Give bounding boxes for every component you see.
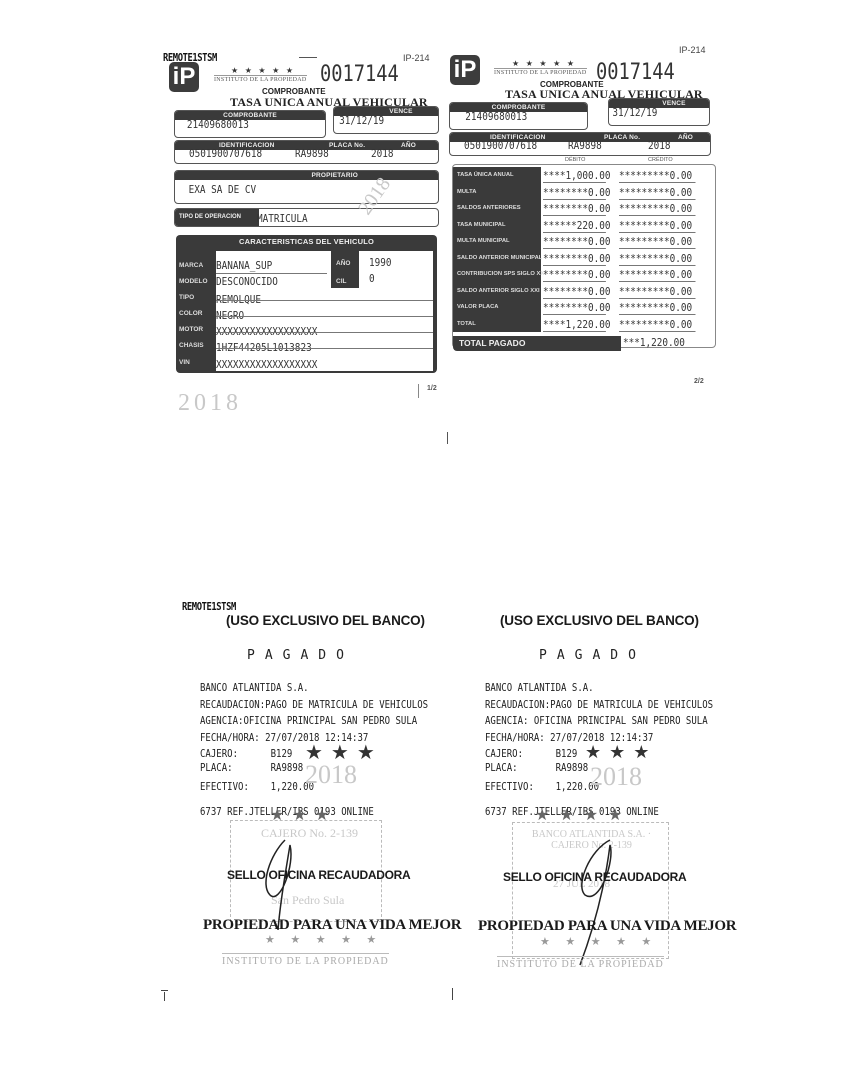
- comprobante-value: 21409680013: [175, 118, 303, 131]
- propietario-field: PROPIETARIO EXA SA DE CV: [174, 170, 439, 204]
- header-code: REMOTE1STSM: [182, 600, 236, 613]
- watermark-year: 2018: [590, 762, 642, 792]
- financial-row: MULTA MUNICIPAL********0.00*********0.00: [453, 233, 715, 250]
- ano-label: AÑO: [336, 258, 350, 270]
- institution-footer: INSTITUTO DE LA PROPIEDAD: [497, 956, 664, 970]
- financial-row: SALDO ANTERIOR MUNICIPAL********0.00****…: [453, 250, 715, 267]
- identificacion-field: IDENTIFICACION PLACA No. AÑO 05019007076…: [449, 132, 711, 156]
- institution-name: INSTITUTO DE LA PROPIEDAD: [214, 75, 307, 83]
- financial-row: TOTAL****1,220.00*********0.00: [453, 316, 715, 333]
- marca-label: MARCA: [176, 258, 215, 273]
- anio-label: AÑO: [401, 141, 416, 150]
- identificacion-value: 0501900707618: [464, 139, 537, 152]
- vin-label: VIN: [176, 355, 215, 370]
- total-pagado-value: ***1,220.00: [623, 336, 685, 349]
- folio-number: 0017144: [596, 60, 675, 85]
- financial-row-label: TOTAL: [453, 316, 541, 333]
- modelo-label: MODELO: [176, 274, 215, 289]
- financial-row: CONTRIBUCION SPS SIGLO XXI********0.00**…: [453, 266, 715, 283]
- agencia: AGENCIA:OFICINA PRINCIPAL SAN PEDRO SULA: [200, 713, 428, 730]
- tipo-operacion-field: TIPO DE OPERACION MATRICULA: [174, 208, 439, 227]
- debito-value: ********0.00: [543, 268, 606, 282]
- stars-icon: ★★★: [585, 742, 657, 763]
- credito-value: *********0.00: [619, 252, 696, 266]
- page-number-left: 1/2: [427, 385, 437, 392]
- comprobante-value: 21409680013: [450, 110, 566, 123]
- anio-value: 2018: [371, 147, 394, 160]
- identificacion-field: IDENTIFICACION PLACA No. AÑO 05019007076…: [174, 140, 439, 164]
- financial-row-label: MULTA: [453, 184, 541, 201]
- credito-value: *********0.00: [619, 301, 696, 315]
- debito-value: ********0.00: [543, 252, 606, 266]
- sello-label: SELLO OFICINA RECAUDADORA: [227, 868, 410, 882]
- watermark-year: 2018: [305, 760, 357, 790]
- bank-name: BANCO ATLANTIDA S.A.: [200, 680, 428, 697]
- vehicle-section-title: CARACTERISTICAS DEL VEHICULO: [176, 235, 437, 249]
- credito-value: *********0.00: [619, 268, 696, 282]
- folio-number: 0017144: [320, 62, 399, 87]
- payment-status: PAGADO: [539, 648, 646, 663]
- institution-logo-icon: iP: [450, 55, 480, 85]
- debito-value: ********0.00: [543, 235, 606, 249]
- financial-row-label: SALDO ANTERIOR MUNICIPAL: [453, 250, 541, 267]
- marca-value: BANANA_SUP: [216, 259, 272, 272]
- divider: [299, 57, 317, 58]
- modelo-value: DESCONOCIDO: [216, 275, 278, 288]
- cil-label: CIL: [336, 276, 346, 288]
- anio-value: 2018: [648, 139, 671, 152]
- anio-label: AÑO: [678, 133, 693, 142]
- agencia: AGENCIA: OFICINA PRINCIPAL SAN PEDRO SUL…: [485, 713, 713, 730]
- rule: [216, 300, 433, 301]
- mark: [164, 992, 165, 1001]
- watermark-year: 2018: [178, 390, 242, 417]
- financial-row-label: TASA MUNICIPAL: [453, 217, 541, 234]
- stars-icon: ★ ★ ★ ★ ★: [265, 933, 382, 946]
- slogan: PROPIEDAD PARA UNA VIDA MEJOR: [203, 917, 461, 934]
- financial-table: TASA ÚNICA ANUAL****1,000.00*********0.0…: [452, 164, 716, 348]
- vehicle-row-marca: MARCA BANANA_SUP AÑO 1990: [176, 258, 437, 273]
- financial-row: SALDOS ANTERIORES********0.00*********0.…: [453, 200, 715, 217]
- stars-icon: ★ ★ ★ ★ ★: [512, 59, 576, 68]
- comprobante-field: COMPROBANTE 21409680013: [449, 102, 588, 130]
- recaudacion: RECAUDACION:PAGO DE MATRICULA DE VEHICUL…: [485, 697, 713, 714]
- credito-value: *********0.00: [619, 318, 696, 332]
- propietario-label: PROPIETARIO: [175, 171, 438, 180]
- financial-row: TASA ÚNICA ANUAL****1,000.00*********0.0…: [453, 167, 715, 184]
- cil-value: 0: [369, 272, 375, 285]
- signature-icon: [560, 835, 630, 970]
- comprobante-field: COMPROBANTE 21409680013: [174, 110, 326, 138]
- placa-value: RA9898: [568, 139, 602, 152]
- form-code: IP-214: [679, 45, 706, 55]
- recaudacion: RECAUDACION:PAGO DE MATRICULA DE VEHICUL…: [200, 697, 428, 714]
- institution-footer: INSTITUTO DE LA PROPIEDAD: [222, 953, 389, 967]
- stars-icon: ★ ★ ★ ★ ★: [231, 66, 295, 75]
- credito-value: *********0.00: [619, 219, 696, 233]
- vence-value: 31/12/19: [334, 114, 422, 127]
- mark: [452, 988, 453, 1000]
- ano-value: 1990: [369, 256, 392, 269]
- vehicle-row-color: COLOR NEGRO: [176, 306, 437, 321]
- credito-label: CRÉDITO: [648, 157, 673, 163]
- vehicle-row-vin: VIN XXXXXXXXXXXXXXXXXX: [176, 355, 437, 370]
- financial-row-label: VALOR PLACA: [453, 299, 541, 316]
- rule: [216, 348, 433, 349]
- total-pagado-label: TOTAL PAGADO: [459, 338, 525, 348]
- credito-value: *********0.00: [619, 186, 696, 200]
- vence-field: VENCE 31/12/19: [333, 106, 439, 134]
- motor-label: MOTOR: [176, 322, 215, 337]
- stars-icon: ★ ★ ★ ★ ★: [540, 935, 657, 948]
- bank-heading: (USO EXCLUSIVO DEL BANCO): [226, 613, 425, 628]
- bank-name: BANCO ATLANTIDA S.A.: [485, 680, 713, 697]
- color-label: COLOR: [176, 306, 215, 321]
- debito-value: ********0.00: [543, 202, 606, 216]
- financial-row-label: SALDO ANTERIOR SIGLO XXI: [453, 283, 541, 300]
- form-code: IP-214: [403, 53, 430, 63]
- debito-value: ****1,000.00: [543, 169, 606, 183]
- vehicle-row-tipo: TIPO REMOLQUE: [176, 290, 437, 305]
- vehicle-row-motor: MOTOR XXXXXXXXXXXXXXXXXX: [176, 322, 437, 337]
- institution-name: INSTITUTO DE LA PROPIEDAD: [494, 68, 587, 76]
- institution-logo-icon: iP: [169, 62, 199, 92]
- vehicle-section: CARACTERISTICAS DEL VEHICULO MARCA BANAN…: [176, 235, 437, 373]
- placa-value: RA9898: [295, 147, 329, 160]
- mark: [418, 384, 419, 398]
- credito-value: *********0.00: [619, 169, 696, 183]
- financial-row-label: SALDOS ANTERIORES: [453, 200, 541, 217]
- bank-heading: (USO EXCLUSIVO DEL BANCO): [500, 613, 699, 628]
- credito-value: *********0.00: [619, 285, 696, 299]
- tipo-label: TIPO: [176, 290, 215, 305]
- debito-value: ********0.00: [543, 301, 606, 315]
- debito-value: ********0.00: [543, 285, 606, 299]
- financial-row-label: CONTRIBUCION SPS SIGLO XXI: [453, 266, 541, 283]
- mark: [161, 990, 168, 991]
- vence-field: VENCE 31/12/19: [608, 98, 710, 126]
- mark: [447, 432, 448, 444]
- credito-value: *********0.00: [619, 202, 696, 216]
- vin-value: XXXXXXXXXXXXXXXXXX: [216, 358, 317, 371]
- slogan: PROPIEDAD PARA UNA VIDA MEJOR: [478, 918, 736, 935]
- financial-row: MULTA********0.00*********0.00: [453, 184, 715, 201]
- debito-label: DÉBITO: [565, 157, 585, 163]
- financial-row-label: MULTA MUNICIPAL: [453, 233, 541, 250]
- tipo-operacion-label: TIPO DE OPERACION: [175, 209, 259, 226]
- total-pagado-row: TOTAL PAGADO: [453, 336, 621, 351]
- chasis-label: CHASIS: [176, 338, 215, 353]
- placa-label: PLACA No.: [604, 133, 640, 142]
- rule: [216, 332, 433, 333]
- debito-value: ********0.00: [543, 186, 606, 200]
- financial-row: SALDO ANTERIOR SIGLO XXI********0.00****…: [453, 283, 715, 300]
- sello-label: SELLO OFICINA RECAUDADORA: [503, 870, 686, 884]
- financial-row: VALOR PLACA********0.00*********0.00: [453, 299, 715, 316]
- page-number-right: 2/2: [694, 378, 704, 385]
- rule: [216, 316, 433, 317]
- financial-row: TASA MUNICIPAL******220.00*********0.00: [453, 217, 715, 234]
- debito-value: ******220.00: [543, 219, 606, 233]
- tipo-operacion-value: MATRICULA: [257, 212, 308, 225]
- placa-label: PLACA No.: [329, 141, 365, 150]
- debito-value: ****1,220.00: [543, 318, 606, 332]
- vehicle-row-chasis: CHASIS 1HZF44205L1013823: [176, 338, 437, 353]
- credito-value: *********0.00: [619, 235, 696, 249]
- payment-status: PAGADO: [247, 648, 354, 663]
- identificacion-value: 0501900707618: [189, 147, 262, 160]
- vehicle-row-modelo: MODELO DESCONOCIDO CIL 0: [176, 274, 437, 289]
- financial-row-label: TASA ÚNICA ANUAL: [453, 167, 541, 184]
- vence-value: 31/12/19: [609, 106, 694, 119]
